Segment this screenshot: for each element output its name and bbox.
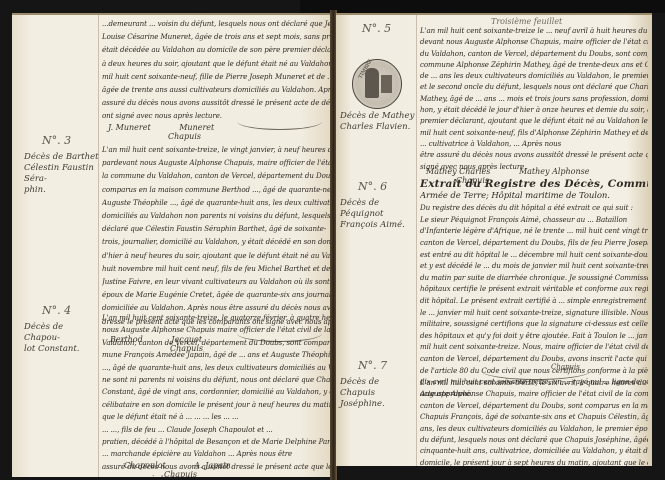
text-line: Chapuis François, âgé de soixante-six an…	[420, 411, 648, 422]
signature: Chapuis	[164, 470, 197, 477]
scan-top-edge	[300, 0, 665, 13]
margin-line: François Aimé.	[340, 220, 416, 231]
text-line: mil huit cent soixante-neuf, fille de Pi…	[102, 70, 330, 83]
text-line: canton de Vercel, département du Doubs, …	[420, 237, 648, 249]
entry-number: N°. 4	[42, 305, 100, 316]
text-line: pratien, décédé à l'hôpital de Besançon …	[102, 436, 330, 448]
right-page: Troisième feuillet N°. 5 TIMBRE Décès de…	[336, 13, 652, 466]
entry-number: N°. 3	[42, 135, 100, 146]
text-line: nous Auguste Alphonse Chapuis maire offi…	[102, 324, 330, 336]
entry-7-text: L'an mil huit cent soixante-treize, le s…	[420, 377, 648, 466]
margin-note-entry-7: N°. 7 Décès de Chapuis Joséphine.	[340, 360, 416, 410]
text-line: âgée de trente ans aussi cultivateurs do…	[102, 83, 330, 96]
text-line: de ... ans les deux cultivateurs domicil…	[420, 70, 648, 81]
margin-rule	[98, 15, 99, 477]
text-line: mune François Amédée Japain, âgé de ... …	[102, 349, 330, 361]
left-page: ...demeurant ... voisin du défunt, lesqu…	[12, 13, 332, 477]
text-line: assuré du décès nous avons aussitôt dres…	[102, 96, 330, 109]
margin-line: phin.	[24, 185, 100, 196]
text-line: mil huit cent soixante-treize. Nous, mai…	[420, 341, 648, 353]
text-line: Auguste Théophile ..., âgé de quarante-h…	[102, 196, 330, 209]
entry-number: N°. 7	[358, 360, 416, 371]
text-line: le ... janvier mil huit cent soixante-tr…	[420, 307, 648, 319]
extract-heading: Extrait du Registre des Décès, Commune d…	[420, 179, 648, 191]
text-line: ans, les deux cultivateurs domiciliés au…	[420, 423, 648, 434]
text-line: devant nous Auguste Alphonse Chapuis, ma…	[420, 36, 648, 47]
text-line: Constant, âgé de vingt ans, cordonnier, …	[102, 386, 330, 398]
text-line: domicile, le présent jour à sept heures …	[420, 457, 648, 466]
text-line: ..., âgé de quarante-huit ans, les deux …	[102, 362, 330, 374]
text-line: d'Infanterie légère d'Afrique, né le tre…	[420, 225, 648, 237]
signature: Muneret	[179, 123, 214, 132]
text-line: L'an mil huit cent soixante-treize, le q…	[102, 312, 330, 324]
signature: Chapuis	[168, 132, 201, 141]
signature: Chapuis	[551, 363, 580, 371]
margin-note-entry-4: N°. 4 Décès de Chapou- lot Constant.	[24, 305, 100, 355]
text-line: dit hôpital. Le présent extrait certifié…	[420, 295, 648, 307]
text-line: premier déclarant, ajoutant que le défun…	[420, 115, 648, 126]
text-line: être assuré du décès nous avons aussitôt…	[420, 149, 648, 160]
signatures: Chapoulot A. Japain Chapuis	[124, 461, 332, 477]
text-line: des hôpitaux et qu'y foi doit y être ajo…	[420, 330, 648, 342]
margin-line: Décès de Péquignot	[340, 198, 416, 220]
margin-line: Célestin Faustin Séra-	[24, 163, 100, 185]
text-line: hon, y était décédé le jour d'hier à onz…	[420, 104, 648, 115]
entry-number: N°. 5	[362, 23, 418, 34]
text-line: Le sieur Péquignot François Aimé, chasse…	[420, 214, 648, 226]
text-line: cinquante-huit ans, cultivatrice, domici…	[420, 445, 648, 456]
margin-line: Décès de Mathey	[340, 111, 416, 122]
text-line: célibataire en son domicile le présent j…	[102, 399, 330, 411]
text-line: hôpitaux certifie le présent extrait vér…	[420, 283, 648, 295]
flourish	[237, 113, 322, 130]
text-line: déclaré que Célestin Faustin Séraphin Ba…	[102, 222, 330, 235]
text-line: était décédée au Valdahon au domicile de…	[102, 43, 330, 56]
revenue-stamp: TIMBRE	[352, 59, 402, 109]
text-line: L'an mil huit cent soixante-treize, le s…	[420, 377, 648, 388]
signature: Chapoulot	[124, 461, 166, 470]
text-line: trois, journalier, domicilié au Valdahon…	[102, 235, 330, 248]
entry-3-text: L'an mil huit cent soixante-treize, le v…	[102, 143, 330, 328]
text-line: ...demeurant ... voisin du défunt, lesqu…	[102, 17, 330, 30]
text-line: du Valdahon, canton de Vercel, départeme…	[420, 48, 648, 59]
margin-line: Décès de Chapou-	[24, 322, 100, 344]
text-line: d'hier à neuf heures du soir, ajoutant q…	[102, 249, 330, 262]
margin-line: lot Constant.	[24, 344, 100, 355]
text-line: mil huit cent soixante-neuf, fils d'Alph…	[420, 127, 648, 138]
signature: J. Muneret	[108, 123, 151, 132]
margin-note-entry-5: N°. 5	[344, 23, 418, 40]
margin-line: Décès de Chapuis	[340, 377, 416, 399]
text-line: ... ..., fils de feu ... Claude Joseph C…	[102, 424, 330, 436]
margin-line: Joséphine.	[340, 399, 416, 410]
text-line: Du registre des décès du dit hôpital a é…	[420, 202, 648, 214]
entry-number: N°. 6	[358, 181, 416, 192]
signature: Mathey Alphonse	[519, 167, 590, 176]
text-line: L'an mil huit cent soixante-treize le ..…	[420, 25, 648, 36]
text-line: que le défunt était né à ... ... ... les…	[102, 411, 330, 423]
text-line: du matin par suite de diarrhée chronique…	[420, 272, 648, 284]
entry-4-text: L'an mil huit cent soixante-treize, le q…	[102, 312, 330, 477]
stamp-figure-icon	[365, 68, 379, 98]
signature: A. Japain	[194, 461, 230, 470]
margin-note-entry-6: N°. 6 Décès de Péquignot François Aimé.	[340, 181, 416, 231]
extract-subheading: Armée de Terre; Hôpital maritime de Toul…	[420, 191, 648, 203]
entry-5-text: L'an mil huit cent soixante-treize le ..…	[420, 25, 648, 172]
text-line: pardevant nous Auguste Alphonse Chapuis,…	[102, 156, 330, 169]
text-line: et le second oncle du défunt, lesquels n…	[420, 81, 648, 92]
text-line: comparus en la maison commune Berthod ..…	[102, 183, 330, 196]
text-line: ... marchande épicière au Valdahon ... A…	[102, 448, 330, 460]
text-line: époux de Marie Eugénie Cretet, âgée de q…	[102, 288, 330, 301]
text-line: Louise Césarine Muneret, âgée de trois a…	[102, 30, 330, 43]
text-line: Valdahon, canton de Vercel, département …	[102, 337, 330, 349]
continuation-entry: ...demeurant ... voisin du défunt, lesqu…	[102, 17, 330, 123]
stamp-shield-icon	[381, 75, 392, 93]
margin-line: Charles Flavien.	[340, 122, 416, 133]
text-line: ne sont ni parents ni voisins du défunt,…	[102, 374, 330, 386]
signature: Mathey Charles	[426, 167, 490, 176]
text-line: Mathey, âgé de ... ans ... mois et trois…	[420, 93, 648, 104]
text-line: domiciliés au Valdahon non parents ni vo…	[102, 209, 330, 222]
text-line: ... cultivatrice à Valdahon, ... Après n…	[420, 138, 648, 149]
text-line: Auguste Alphonse Chapuis, maire officier…	[420, 388, 648, 399]
text-line: militaire, soussigné certifions que la s…	[420, 318, 648, 330]
margin-rule	[416, 15, 417, 466]
text-line: du défunt, lesquels nous ont déclaré que…	[420, 434, 648, 445]
text-line: Justine Faivre, en leur vivant cultivate…	[102, 275, 330, 288]
text-line: la commune du Valdahon, canton de Vercel…	[102, 169, 330, 182]
text-line: huit novembre mil huit cent neuf, fils d…	[102, 262, 330, 275]
text-line: et y est décédé le ... du mois de janvie…	[420, 260, 648, 272]
text-line: canton de Vercel, département du Doubs, …	[420, 400, 648, 411]
margin-note-entry-5-name: Décès de Mathey Charles Flavien.	[340, 111, 416, 133]
text-line: est entré au dit hôpital le ... décembre…	[420, 249, 648, 261]
margin-line: Décès de Barthet	[24, 152, 100, 163]
text-line: commune Alphonse Zéphirin Mathey, âgé de…	[420, 59, 648, 70]
text-line: à deux heures du soir, ajoutant que le d…	[102, 57, 330, 70]
margin-note-entry-3: N°. 3 Décès de Barthet Célestin Faustin …	[24, 135, 100, 196]
text-line: L'an mil huit cent soixante-treize, le v…	[102, 143, 330, 156]
